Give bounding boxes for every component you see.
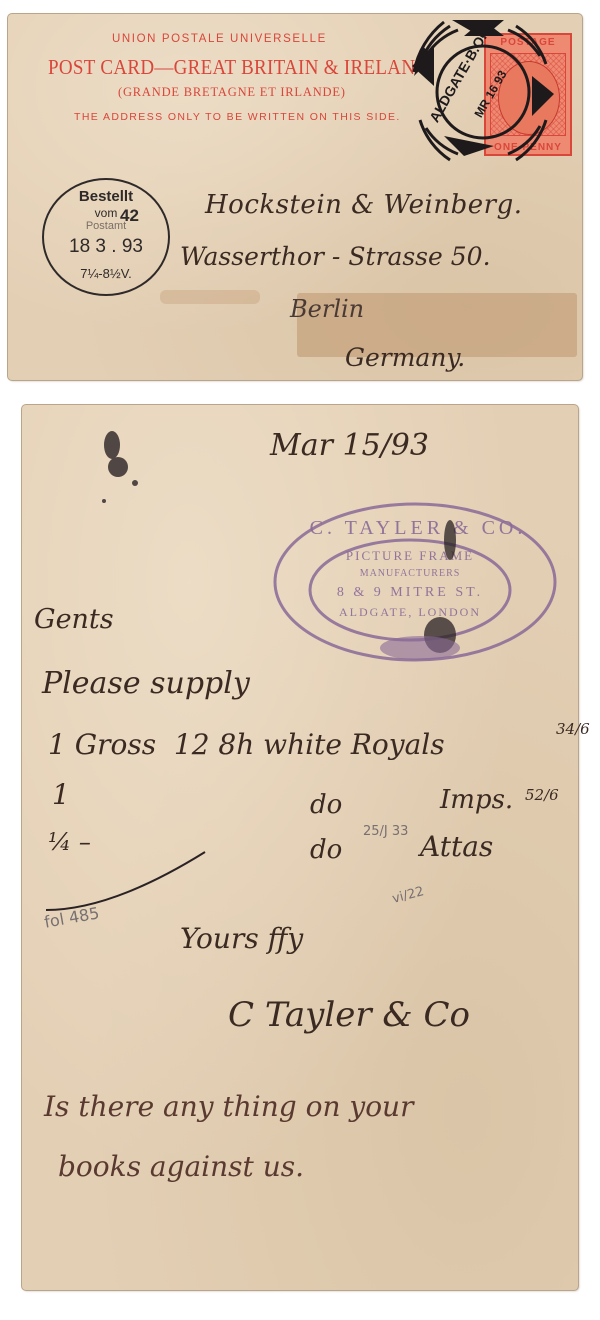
order-price: 34/6: [556, 720, 590, 738]
order-qty: 1 Gross: [48, 728, 156, 761]
printed-title: POST CARD—GREAT BRITAIN & IRELAN: [48, 56, 415, 81]
cancel-date-text: MR 16 93: [471, 68, 509, 120]
postscript-line-2: books against us.: [58, 1150, 304, 1183]
closing: Yours ffy: [180, 922, 303, 955]
printed-address-instruction: THE ADDRESS ONLY TO BE WRITTEN ON THIS S…: [74, 111, 401, 123]
aldgate-cancellation-postmark: ALDGATE·B.O. MR 16 93: [404, 16, 562, 166]
letter-date: Mar 15/93: [270, 428, 429, 463]
order-item-2: Imps.: [440, 785, 513, 815]
postmark-date: 18 3 . 93: [44, 236, 168, 258]
order-line-1: 1 Gross 12 8h white Royals 34/6: [48, 728, 445, 761]
postmark-line3: Postamt: [44, 220, 168, 232]
postmark-time: 7¼-8½V.: [44, 266, 168, 281]
postmark-number: 42: [120, 206, 139, 226]
postscript-line-1: Is there any thing on your: [44, 1090, 413, 1123]
recipient-street: Wasserthor - Strasse 50.: [180, 242, 491, 271]
order-item-3: Attas: [420, 830, 493, 863]
order-item: 12 8h white Royals: [174, 728, 445, 761]
pencil-note-1: 25/J 33: [363, 824, 408, 839]
firm-trade2: MANUFACTURERS: [360, 568, 461, 579]
recipient-country: Germany.: [345, 343, 465, 372]
postmark-line2: vom: [44, 206, 168, 220]
recipient-name: Hockstein & Weinberg.: [205, 190, 522, 220]
berlin-arrival-postmark: Bestellt vom Postamt 42 18 3 . 93 7¼-8½V…: [42, 178, 170, 296]
firm-street: 8 & 9 MITRE ST.: [337, 585, 483, 600]
water-stain-small: [160, 290, 260, 304]
request-text: Please supply: [42, 666, 250, 701]
printed-french-subtitle: (GRANDE BRETAGNE ET IRLANDE): [118, 85, 346, 100]
postmark-line1: Bestellt: [44, 188, 168, 205]
tayler-firm-stamp: C. TAYLER & CO. PICTURE FRAME MANUFACTUR…: [270, 500, 560, 665]
ink-smudge: [90, 415, 170, 525]
salutation: Gents: [34, 604, 114, 635]
firm-city: ALDGATE, LONDON: [339, 605, 481, 619]
order-ditto-2: do: [310, 790, 342, 820]
order-price-2: 52/6: [525, 786, 559, 804]
printed-union-postale: UNION POSTALE UNIVERSELLE: [112, 33, 327, 45]
recipient-city: Berlin: [290, 295, 364, 323]
signature: C Tayler & Co: [228, 995, 470, 1035]
firm-name: C. TAYLER & CO.: [310, 517, 527, 539]
order-ditto-3: do: [310, 835, 342, 865]
order-qty-2: 1: [52, 778, 70, 811]
